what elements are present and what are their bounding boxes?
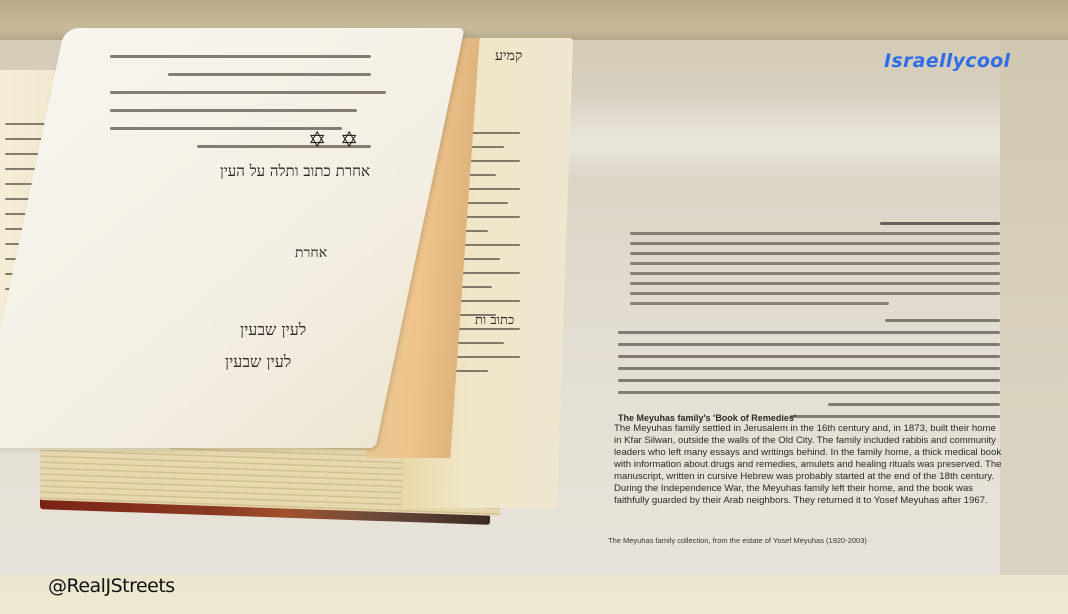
manuscript-heading: קמיע [495, 48, 522, 65]
manuscript-heading: אחרת [295, 245, 327, 262]
glass-glare [560, 90, 1000, 180]
star-of-david-icon: ✡ [308, 128, 326, 153]
glass-side-reflection [1000, 40, 1068, 580]
manuscript-heading: אחרת כתוב ותלה על העין [220, 162, 370, 181]
manuscript-heading: כתוב ות [475, 312, 514, 328]
placard-english-body: The Meyuhas family settled in Jerusalem … [614, 423, 1004, 507]
placard-english-title: The Meyuhas family's 'Book of Remedies' [618, 413, 796, 423]
star-of-david-icon: ✡ [340, 128, 358, 153]
placard-english-credit: The Meyuhas family collection, from the … [608, 536, 867, 545]
brand-watermark: Israellycool [884, 50, 1010, 72]
placard-hebrew-section [630, 215, 1000, 312]
handle-watermark: @RealJStreets [48, 575, 175, 597]
placard-arabic-section [618, 310, 1000, 427]
manuscript-heading: לעין שבעין [225, 352, 291, 372]
manuscript-heading: לעין שבעין [240, 320, 306, 340]
